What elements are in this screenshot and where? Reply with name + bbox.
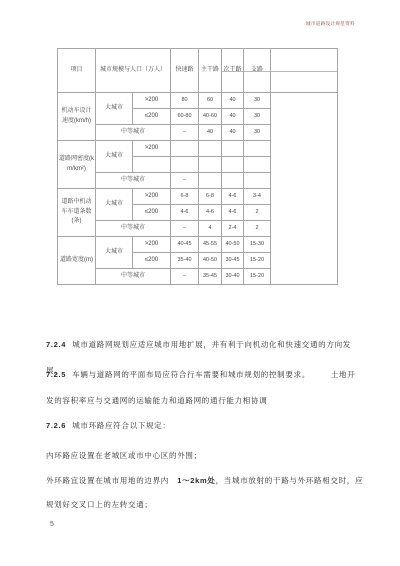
city-cell: 大城市 — [96, 189, 133, 221]
pop-cell: ≤200 — [133, 205, 171, 221]
clause-text: 内环路应设置在老城区或市中心区的外围； — [46, 451, 202, 460]
section-label-width: 道路宽度(m) — [58, 237, 96, 285]
city-cell: 大城市 — [96, 141, 133, 173]
value-cell: 40 — [222, 93, 244, 109]
value-cell: 4-6 — [171, 205, 199, 221]
value-cell: 30-40 — [222, 269, 244, 285]
clause-inner-ring: 内环路应设置在老城区或市中心区的外围； — [46, 443, 364, 469]
value-cell — [244, 141, 271, 157]
value-cell: 30-45 — [222, 253, 244, 269]
pop-cell: ≤200 — [133, 253, 171, 269]
th-filler — [271, 49, 338, 93]
section-label-speed: 机动车设计速度(km/h) — [58, 93, 96, 141]
value-cell — [199, 157, 222, 173]
value-cell — [171, 157, 199, 173]
value-cell: 45-55 — [199, 237, 222, 253]
pop-cell — [133, 157, 171, 173]
value-cell: 30 — [244, 93, 271, 109]
city-cell: 中等城市 — [96, 269, 171, 285]
value-cell: 4-6 — [222, 205, 244, 221]
clause-outer-ring: 外环路宜设置在城市用地的边界内 1～2km处，当城市放射的干路与外环路相交时，应… — [46, 469, 366, 517]
th-arterial: 主干路 — [199, 49, 222, 93]
value-cell: 2 — [244, 221, 271, 237]
th-branch: 支路 — [244, 49, 271, 93]
value-cell — [244, 157, 271, 173]
value-cell: 6-8 — [171, 189, 199, 205]
value-cell: 60 — [199, 93, 222, 109]
value-cell: – — [171, 269, 199, 285]
value-cell — [222, 141, 244, 157]
clause-text: 城市环路应符合以下规定： — [72, 421, 170, 430]
city-cell: 大城市 — [96, 237, 133, 269]
value-cell: 35-40 — [171, 253, 199, 269]
pop-cell: >200 — [133, 141, 171, 157]
th-item: 项目 — [58, 49, 96, 93]
value-cell: 4 — [199, 221, 222, 237]
clause-725: 7.2.5车辆与道路网的平面布局应符合行车需要和城市规划的控制要求。 土地开发的… — [46, 362, 358, 414]
value-cell — [222, 157, 244, 173]
value-cell: 15-30 — [244, 237, 271, 253]
filler-column — [271, 93, 338, 285]
value-cell: 15-20 — [244, 269, 271, 285]
value-cell — [171, 141, 199, 157]
clause-number: 7.2.4 — [46, 340, 66, 349]
value-cell: 40 — [222, 125, 244, 141]
clause-number: 7.2.5 — [46, 370, 66, 379]
value-cell: 30 — [244, 125, 271, 141]
value-cell: 40-45 — [171, 237, 199, 253]
value-cell: 2 — [244, 205, 271, 221]
value-cell: 40-60 — [199, 109, 222, 125]
header-watermark: 城市道路设计规范资料 — [306, 21, 355, 27]
document-page: 城市道路设计规范资料 项目 城市规模与人口（万人） 快速路 主干路 次干路 支路… — [0, 0, 400, 566]
pop-cell: ≤200 — [133, 109, 171, 125]
clause-text: 外环路宜设置在城市用地的边界内 — [46, 476, 177, 485]
city-cell: 中等城市 — [96, 173, 171, 189]
value-cell — [222, 173, 244, 189]
value-cell: – — [171, 125, 199, 141]
value-cell: 80 — [171, 93, 199, 109]
th-secondary: 次干路 — [222, 49, 244, 93]
value-cell: 40-50 — [199, 253, 222, 269]
value-cell: 4-6 — [199, 205, 222, 221]
th-city-scale: 城市规模与人口（万人） — [96, 49, 171, 93]
value-cell: – — [171, 221, 199, 237]
value-cell — [244, 173, 271, 189]
value-cell: 15-20 — [244, 253, 271, 269]
city-cell: 大城市 — [96, 93, 133, 125]
value-cell: 6-8 — [199, 189, 222, 205]
section-label-density: 道路网密度(km/km²) — [58, 141, 96, 189]
value-cell: 4-6 — [222, 189, 244, 205]
value-cell: 40 — [199, 125, 222, 141]
city-cell: 中等城市 — [96, 125, 171, 141]
page-number: 5 — [50, 521, 54, 528]
distance-value: 1～2km处 — [177, 476, 215, 485]
value-cell: 30 — [244, 109, 271, 125]
value-cell — [199, 141, 222, 157]
pop-cell: >200 — [133, 189, 171, 205]
clause-number: 7.2.6 — [46, 421, 66, 430]
city-cell: 中等城市 — [96, 221, 171, 237]
value-cell: – — [171, 173, 199, 189]
value-cell: 60-80 — [171, 109, 199, 125]
value-cell: 2-4 — [222, 221, 244, 237]
value-cell: 40 — [222, 109, 244, 125]
clause-726-heading: 7.2.6城市环路应符合以下规定： — [46, 413, 364, 439]
value-cell: 40-50 — [222, 237, 244, 253]
section-label-lanes: 道路中机动车车道条数(条) — [58, 189, 96, 237]
pop-cell: >200 — [133, 93, 171, 109]
value-cell: 35-45 — [199, 269, 222, 285]
clause-text: 车辆与道路网的平面布局应符合行车需要和城市规划的控制要求。 土地开发的容积率应与… — [46, 370, 355, 405]
value-cell — [199, 173, 222, 189]
th-expressway: 快速路 — [171, 49, 199, 93]
pop-cell: >200 — [133, 237, 171, 253]
road-network-indicators-table: 项目 城市规模与人口（万人） 快速路 主干路 次干路 支路 机动车设计速度(km… — [57, 48, 338, 285]
value-cell: 3-4 — [244, 189, 271, 205]
